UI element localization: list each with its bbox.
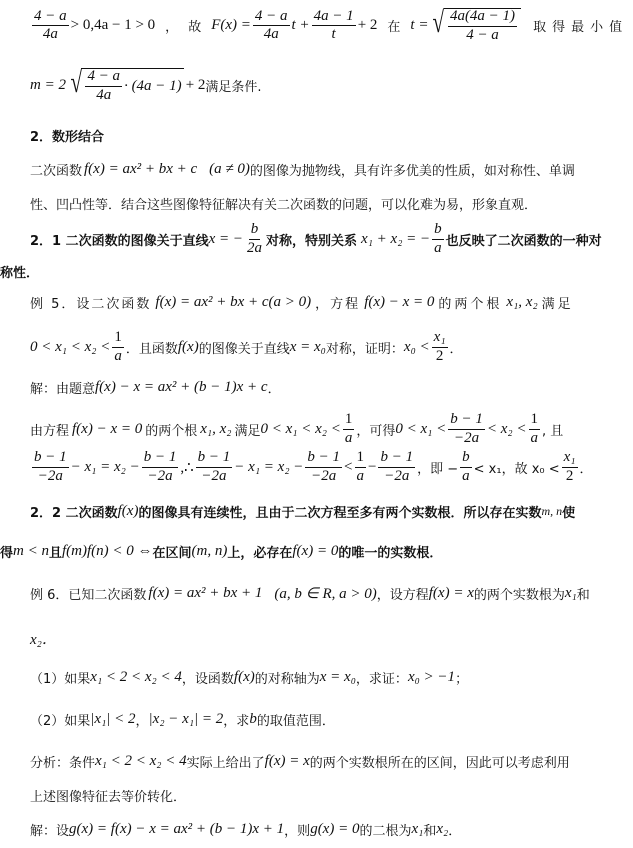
solution-6-line: 解：设 g(x) = f(x) − x = ax² + (b − 1)x + 1… [30, 820, 461, 839]
example-6-part-2: （2）如果 |x₁| < 2 ， |x₂ − x₁| = 2 ，求 b 的取值范… [30, 710, 335, 729]
solution-5-line-1: 解：由题意 f(x) − x = ax² + (b − 1)x + c ． [30, 378, 281, 397]
solution-5-line-2: 由方程 f(x) − x = 0 的两个根 x₁, x₂ 满足 0 < x₁ <… [30, 412, 563, 447]
analysis-line-2: 上述图像特征去等价转化． [30, 786, 186, 805]
example-5-line-1: 例 5．设二次函数 f(x) = ax² + bx + c(a > 0) ，方程… [30, 293, 574, 312]
example-6-line-2: x₂． [30, 628, 57, 649]
radical-sign-icon: √ [70, 68, 82, 104]
section-heading: 2．数形结合 [30, 126, 104, 145]
square-root: √4 − a4a· (4a − 1) [68, 68, 184, 104]
square-root: √4a(4a − 1)4 − a [430, 8, 521, 44]
paragraph-line: 性、凹凸性等．结合这些图像特征解决有关二次函数的问题，可以化难为易，形象直观． [30, 194, 537, 213]
derivation-line-1: 4 − a4a > 0,4a − 1 > 0 ， 故 F(x) = 4 − a4… [30, 8, 628, 44]
solution-5-line-3: b − 1−2a − x₁ = x₂ − b − 1−2a ,∴ b − 1−2… [30, 450, 593, 485]
subsection-heading: 2．2 二次函数 f(x) 的图像具有连续性，且由于二次方程至多有两个实数根．所… [30, 502, 575, 521]
analysis-line-1: 分析：条件 x₁ < 2 < x₂ < 4 实际上给出了 f(x) = x 的两… [30, 752, 570, 771]
example-6-part-1: （1）如果 x₁ < 2 < x₂ < 4 ，设函数 f(x) 的对称轴为 x … [30, 668, 468, 687]
example-6-line-1: 例 6．已知二次函数 f(x) = ax² + bx + 1 (a, b ∈ R… [30, 584, 590, 603]
fraction: 4 − a4a [32, 9, 69, 44]
radical-sign-icon: √ [433, 8, 445, 44]
example-5-line-2: 0 < x₁ < x₂ < 1a ．且函数 f(x) 的图像关于直线 x = x… [30, 330, 463, 365]
derivation-line-2: m = 2 √4 − a4a· (4a − 1) + 2 满足条件. [30, 68, 262, 104]
fraction: 4a − 1t [312, 9, 356, 44]
subsection-heading-cont: 得 m < n 且 f(m)f(n) < 0 ⇔ 在区间 (m, n) 上，必存… [0, 542, 442, 561]
subsection-heading: 2．1 二次函数的图像关于直线 x = − b2a 对称，特别关系 x₁ + x… [30, 222, 602, 257]
fraction: 4 − a4a [253, 9, 290, 44]
subsection-heading-cont: 称性． [0, 262, 39, 281]
paragraph-line: 二次函数 f(x) = ax² + bx + c (a ≠ 0) 的图像为抛物线… [30, 160, 575, 179]
